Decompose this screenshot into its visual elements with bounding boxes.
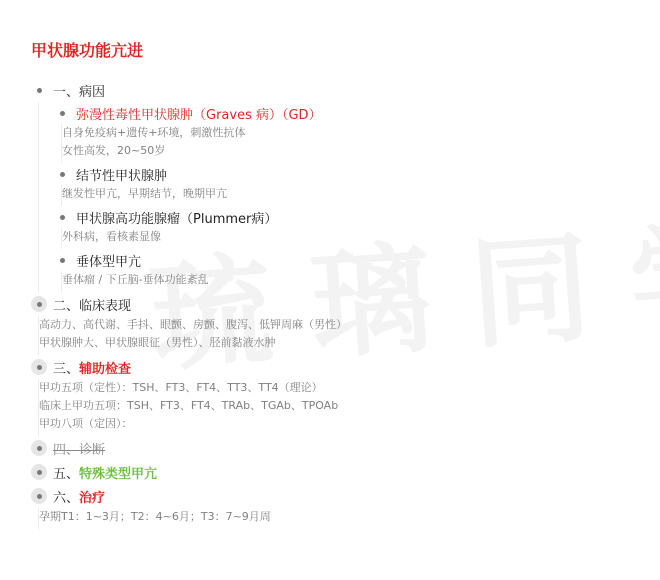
node-prefix[interactable]: 五、 bbox=[53, 463, 79, 482]
node-note[interactable]: 甲功五项（定性）：TSH、FT3、FT4、TT3、TT4（理论） bbox=[39, 379, 660, 397]
bullet-icon[interactable] bbox=[54, 105, 70, 121]
outline-node-special-types: 五、特殊类型甲亢 bbox=[31, 460, 660, 484]
node-note[interactable]: 外科病，看核素显像 bbox=[62, 228, 660, 246]
outline-row[interactable]: 一、病因 bbox=[31, 78, 660, 102]
collapsed-bullet-icon[interactable] bbox=[31, 488, 47, 504]
note-block: 继发性甲亢，早期结节，晚期甲亢 bbox=[61, 185, 660, 206]
outline-root: 一、病因 弥漫性毒性甲状腺肿（Graves 病）（GD） 自身免疫病+遗传+环境… bbox=[31, 78, 660, 529]
outline-row[interactable]: 五、特殊类型甲亢 bbox=[31, 460, 660, 484]
node-prefix[interactable]: 三、 bbox=[53, 358, 79, 377]
node-note[interactable]: 继发性甲亢，早期结节，晚期甲亢 bbox=[62, 185, 660, 203]
node-note[interactable]: 垂体瘤 / 下丘脑-垂体功能紊乱 bbox=[62, 271, 660, 289]
outline-node-clinical: 二、临床表现 高动力、高代谢、手抖、眼颤、房颤、腹泻、低钾周麻（男性） 甲状腺肿… bbox=[31, 292, 660, 355]
node-note[interactable]: 自身免疫病+遗传+环境，刺激性抗体 bbox=[62, 124, 660, 142]
collapsed-bullet-icon[interactable] bbox=[31, 440, 47, 456]
node-note[interactable]: 甲功八项（定因）： bbox=[39, 415, 660, 433]
outline-row[interactable]: 结节性甲状腺肿 bbox=[54, 163, 660, 185]
outline-node-causes: 一、病因 弥漫性毒性甲状腺肿（Graves 病）（GD） 自身免疫病+遗传+环境… bbox=[31, 78, 660, 292]
outline-row[interactable]: 六、治疗 bbox=[31, 484, 660, 508]
outline-node-diagnosis: 四、诊断 bbox=[31, 436, 660, 460]
node-note[interactable]: 女性高发，20~50岁 bbox=[62, 142, 660, 160]
node-label[interactable]: 结节性甲状腺肿 bbox=[76, 165, 167, 184]
node-label[interactable]: 一、病因 bbox=[53, 81, 105, 100]
node-note[interactable]: 临床上甲功五项：TSH、FT3、FT4、TRAb、TGAb、TPOAb bbox=[39, 397, 660, 415]
node-note[interactable]: 高动力、高代谢、手抖、眼颤、房颤、腹泻、低钾周麻（男性） bbox=[39, 316, 660, 334]
outline-row[interactable]: 二、临床表现 bbox=[31, 292, 660, 316]
node-label[interactable]: 四、诊断 bbox=[53, 439, 105, 458]
note-block: 孕期T1：1~3月；T2：4~6月；T3：7~9月周 bbox=[38, 508, 660, 529]
outline-node-nodular-goiter: 结节性甲状腺肿 继发性甲亢，早期结节，晚期甲亢 bbox=[54, 163, 660, 206]
node-label[interactable]: 甲状腺高功能腺瘤（Plummer病） bbox=[76, 208, 277, 227]
bullet-icon[interactable] bbox=[54, 166, 70, 182]
outline-row[interactable]: 四、诊断 bbox=[31, 436, 660, 460]
outline-row[interactable]: 三、辅助检查 bbox=[31, 355, 660, 379]
node-label[interactable]: 辅助检查 bbox=[79, 358, 131, 377]
note-block: 高动力、高代谢、手抖、眼颤、房颤、腹泻、低钾周麻（男性） 甲状腺肿大、甲状腺眼征… bbox=[38, 316, 660, 355]
outline-row[interactable]: 弥漫性毒性甲状腺肿（Graves 病）（GD） bbox=[54, 102, 660, 124]
outline-node-treatment: 六、治疗 孕期T1：1~3月；T2：4~6月；T3：7~9月周 bbox=[31, 484, 660, 529]
outline-node-auxiliary-exam: 三、辅助检查 甲功五项（定性）：TSH、FT3、FT4、TT3、TT4（理论） … bbox=[31, 355, 660, 436]
node-prefix[interactable]: 六、 bbox=[53, 487, 79, 506]
collapsed-bullet-icon[interactable] bbox=[31, 359, 47, 375]
node-label[interactable]: 弥漫性毒性甲状腺肿（Graves 病）（GD） bbox=[76, 104, 322, 123]
collapsed-bullet-icon[interactable] bbox=[31, 296, 47, 312]
note-block: 垂体瘤 / 下丘脑-垂体功能紊乱 bbox=[61, 271, 660, 292]
node-note[interactable]: 甲状腺肿大、甲状腺眼征（男性）、胫前黏液水肿 bbox=[39, 334, 660, 352]
note-block: 甲功五项（定性）：TSH、FT3、FT4、TT3、TT4（理论） 临床上甲功五项… bbox=[38, 379, 660, 436]
bullet-icon[interactable] bbox=[54, 209, 70, 225]
node-label[interactable]: 二、临床表现 bbox=[53, 295, 131, 314]
outline-node-graves: 弥漫性毒性甲状腺肿（Graves 病）（GD） 自身免疫病+遗传+环境，刺激性抗… bbox=[54, 102, 660, 163]
children-container: 弥漫性毒性甲状腺肿（Graves 病）（GD） 自身免疫病+遗传+环境，刺激性抗… bbox=[38, 102, 660, 292]
outline-node-plummer: 甲状腺高功能腺瘤（Plummer病） 外科病，看核素显像 bbox=[54, 206, 660, 249]
note-block: 自身免疫病+遗传+环境，刺激性抗体 女性高发，20~50岁 bbox=[61, 124, 660, 163]
node-label[interactable]: 特殊类型甲亢 bbox=[79, 463, 157, 482]
node-note[interactable]: 孕期T1：1~3月；T2：4~6月；T3：7~9月周 bbox=[39, 508, 660, 526]
bullet-icon[interactable] bbox=[31, 82, 47, 98]
node-label[interactable]: 治疗 bbox=[79, 487, 105, 506]
collapsed-bullet-icon[interactable] bbox=[31, 464, 47, 480]
node-label[interactable]: 垂体型甲亢 bbox=[76, 251, 141, 270]
mindmap-outline-page: 甲状腺功能亢进 一、病因 弥漫性毒性甲状腺肿（Graves 病）（GD） 自身免… bbox=[0, 0, 660, 529]
note-block: 外科病，看核素显像 bbox=[61, 228, 660, 249]
outline-node-pituitary: 垂体型甲亢 垂体瘤 / 下丘脑-垂体功能紊乱 bbox=[54, 249, 660, 292]
outline-row[interactable]: 垂体型甲亢 bbox=[54, 249, 660, 271]
bullet-icon[interactable] bbox=[54, 252, 70, 268]
outline-row[interactable]: 甲状腺高功能腺瘤（Plummer病） bbox=[54, 206, 660, 228]
page-title[interactable]: 甲状腺功能亢进 bbox=[31, 40, 660, 62]
